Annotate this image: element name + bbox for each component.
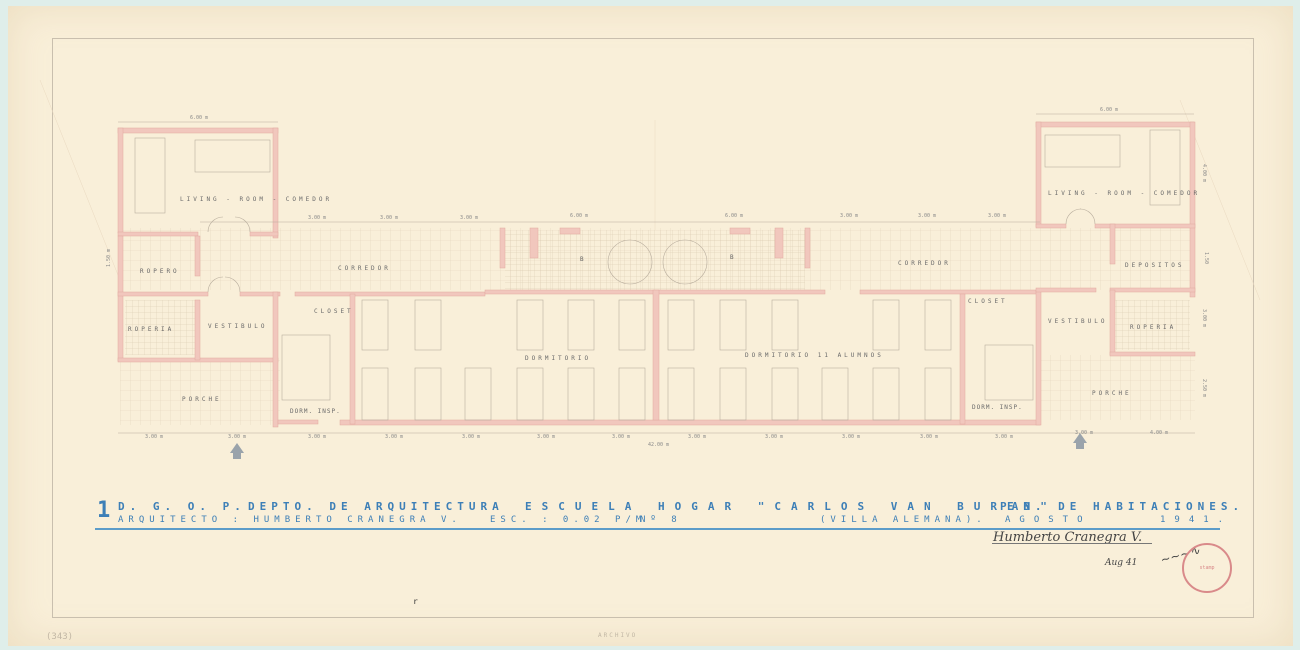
dimension-side-right-top: 4.00 m [1201, 164, 1207, 182]
room-label-ropero: ROPERO [140, 268, 180, 275]
dimension-bottom-8: 3.00 m [688, 434, 706, 440]
initials: Aug 41 [1105, 558, 1137, 568]
dimension-bottom-6: 3.00 m [537, 434, 555, 440]
dimension-bottom-9: 3.00 m [765, 434, 783, 440]
title-month: AGOSTO [1005, 515, 1092, 525]
room-label-dormitorio-right: DORMITORIO 11 ALUMNOS [745, 352, 884, 359]
floor-plan [0, 0, 1300, 650]
room-label-roperia-left: ROPERIA [128, 326, 174, 333]
title-school: ESCUELA HOGAR "CARLOS VAN BUREN" [525, 500, 1057, 513]
room-label-porche-left: PORCHE [182, 396, 222, 403]
room-label-living-left: LIVING - ROOM - COMEDOR [180, 196, 332, 203]
title-department: DEPTO. DE ARQUITECTURA [248, 500, 504, 513]
dimension-bottom-3: 3.00 m [308, 434, 326, 440]
dimension-corr-6: 3.00 m [840, 213, 858, 219]
room-label-porche-right: PORCHE [1092, 390, 1132, 397]
dimension-bottom-11: 3.00 m [920, 434, 938, 440]
room-label-roperia-right: ROPERIA [1130, 324, 1176, 331]
dimension-bottom-5: 3.00 m [462, 434, 480, 440]
dimension-corr-7: 3.00 m [918, 213, 936, 219]
title-office: D. G. O. P. [118, 500, 246, 513]
title-architect: ARQUITECTO : HUMBERTO CRANEGRA V. [118, 515, 462, 525]
dimension-bottom-1: 3.00 m [145, 434, 163, 440]
pencil-mark: r [413, 597, 418, 606]
dimension-side-left: 1.50 m [106, 249, 112, 267]
dimension-bottom-10: 3.00 m [842, 434, 860, 440]
official-stamp: stamp [1182, 543, 1232, 593]
dimension-corr-3: 3.00 m [460, 215, 478, 221]
room-label-vestibulo-right: VESTIBULO [1048, 318, 1108, 325]
dimension-bottom-4: 3.00 m [385, 434, 403, 440]
room-label-living-right: LIVING - ROOM - COMEDOR [1048, 190, 1200, 197]
dimension-corr-1: 3.00 m [308, 215, 326, 221]
dimension-side-right-mid: 1.50 [1203, 252, 1209, 264]
entrance-arrow-left-icon [230, 443, 244, 453]
dimension-top-left: 6.00 m [190, 115, 208, 121]
entrance-arrow-left-stem [233, 453, 241, 459]
archive-note: ARCHIVO [598, 632, 637, 639]
dimension-bottom-12: 3.00 m [995, 434, 1013, 440]
dimension-corr-2: 3.00 m [380, 215, 398, 221]
dimension-bottom-7: 3.00 m [612, 434, 630, 440]
dimension-bottom-2: 3.00 m [228, 434, 246, 440]
room-label-dormitorio-left: DORMITORIO [525, 355, 591, 362]
entrance-arrow-right-stem [1076, 443, 1084, 449]
room-label-vestibulo-left: VESTIBULO [208, 323, 268, 330]
dimension-total: 42.00 m [648, 442, 669, 448]
entrance-arrow-right-icon [1073, 433, 1087, 443]
room-label-dorm-insp-right: DORM. INSP. [972, 404, 1023, 411]
corner-note: (343) [46, 632, 73, 642]
room-label-dorm-insp-left: DORM. INSP. [290, 408, 341, 415]
title-sheet: Nº 8 [640, 515, 682, 525]
signature-line [992, 543, 1152, 544]
room-label-bath-left: B [580, 256, 587, 263]
sheet-number: 1 [97, 498, 110, 523]
room-label-corredor-right: CORREDOR [898, 260, 951, 267]
title-location: (VILLA ALEMANA). [820, 515, 987, 525]
room-label-depositos: DEPOSITOS [1125, 262, 1185, 269]
room-label-bath-right: B [730, 254, 737, 261]
dimension-corr-4: 6.00 m [570, 213, 588, 219]
dimension-top-right: 6.00 m [1100, 107, 1118, 113]
room-label-closet-left: CLOSET [314, 308, 354, 315]
room-label-corredor-left: CORREDOR [338, 265, 391, 272]
title-pavilion: PAB. DE HABITACIONES. [1000, 500, 1244, 513]
dimension-corr-5: 6.00 m [725, 213, 743, 219]
dimension-side-right-low: 3.00 m [1201, 309, 1207, 327]
title-scale: ESC. : 0.02 P/M [490, 515, 646, 525]
room-label-closet-right: CLOSET [968, 298, 1008, 305]
dimension-corr-8: 3.00 m [988, 213, 1006, 219]
dimension-side-right-bottom: 2.50 m [1201, 379, 1207, 397]
title-year: 1941. [1160, 515, 1232, 525]
dimension-bottom-14: 4.00 m [1150, 430, 1168, 436]
